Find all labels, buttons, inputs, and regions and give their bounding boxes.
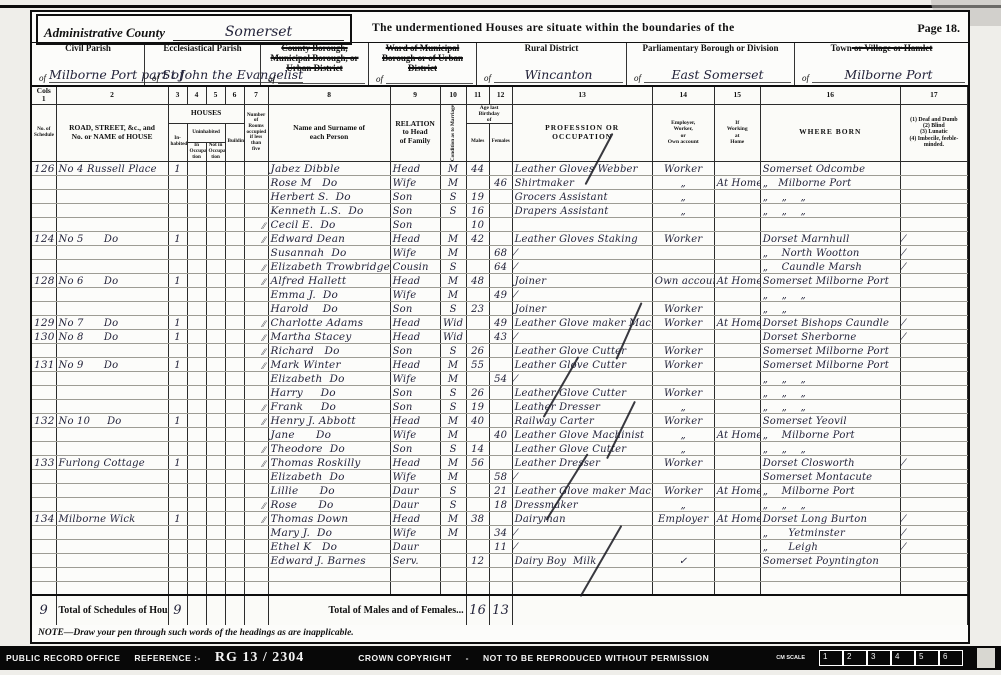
cell-relation: Wife <box>390 287 440 301</box>
cell-uninhabited-not-occupied <box>206 385 225 399</box>
cell-age-female <box>489 399 512 413</box>
cell-uninhabited-occupied <box>187 455 206 469</box>
cell-schedule-no <box>32 245 56 259</box>
cell-inhabited <box>168 175 187 189</box>
cell-uninhabited-not-occupied <box>206 525 225 539</box>
header-inhabited: In- habited <box>168 123 187 161</box>
of-label: of <box>376 74 383 84</box>
cell-inhabited <box>168 385 187 399</box>
cell-where-born: Somerset Poyntington <box>760 553 900 567</box>
cell-name: Rose M Do <box>268 175 390 189</box>
cell-uninhabited-occupied <box>187 525 206 539</box>
cell-inhabited: 1 <box>168 455 187 469</box>
cell-schedule-no <box>32 553 56 567</box>
cell-uninhabited-not-occupied <box>206 581 225 595</box>
district-value: Milborne Port <box>812 67 965 83</box>
cell-house: No 10 Do <box>56 413 168 427</box>
cell-age-female <box>489 455 512 469</box>
ruler-cell: 6 <box>939 650 963 666</box>
ruler-cell: 3 <box>867 650 891 666</box>
cell-rooms: ⁄⁄ <box>244 455 268 469</box>
cell-schedule-no <box>32 301 56 315</box>
cell-age-female: 21 <box>489 483 512 497</box>
cell-relation: Cousin <box>390 259 440 273</box>
of-label: of <box>39 73 46 83</box>
cell-occupation: Leather Gloves Staking <box>512 231 652 245</box>
cell-uninhabited-not-occupied <box>206 259 225 273</box>
cell-house <box>56 567 168 581</box>
cell-uninhabited-occupied <box>187 385 206 399</box>
district-cell: Town or Village or HamletofMilborne Port <box>794 43 968 85</box>
cell-condition: M <box>440 525 466 539</box>
person-row: Jane DoWifeM40Leather Glove Machinist„At… <box>32 427 968 441</box>
cell-condition: M <box>440 161 466 175</box>
cell-name: Richard Do <box>268 343 390 357</box>
cell-schedule-no: 131 <box>32 357 56 371</box>
cell-uninhabited-not-occupied <box>206 553 225 567</box>
cell-age-male <box>466 483 489 497</box>
column-number: 11 <box>466 86 489 104</box>
cell-at-home: At Home <box>714 483 760 497</box>
cell-name: Edward J. Barnes <box>268 553 390 567</box>
cell-uninhabited-not-occupied <box>206 231 225 245</box>
cell-condition: S <box>440 301 466 315</box>
cell-building <box>225 371 244 385</box>
person-row: ⁄⁄Richard DoSonS26Leather Glove CutterWo… <box>32 343 968 357</box>
cell-at-home: At Home <box>714 511 760 525</box>
cell-empty <box>244 595 268 625</box>
cell-uninhabited-occupied <box>187 189 206 203</box>
cell-uninhabited-occupied <box>187 427 206 441</box>
cell-at-home <box>714 539 760 553</box>
cell-house: No 4 Russell Place <box>56 161 168 175</box>
cell-inhabited: 1 <box>168 511 187 525</box>
cell-inhabited: 1 <box>168 413 187 427</box>
cell-uninhabited-occupied <box>187 231 206 245</box>
cell-age-female <box>489 161 512 175</box>
public-record-office-label: PUBLIC RECORD OFFICE <box>6 653 120 663</box>
cell-schedule-no: 124 <box>32 231 56 245</box>
cell-relation: Son <box>390 203 440 217</box>
person-row: ⁄⁄Rose DoDaurS18Dressmaker„„ „ „ <box>32 497 968 511</box>
cell-where-born: Somerset Odcombe <box>760 161 900 175</box>
scale-ruler: 123456 <box>819 650 963 666</box>
person-row: Kenneth L.S. DoSonS16Drapers Assistant„„… <box>32 203 968 217</box>
cell-uninhabited-occupied <box>187 329 206 343</box>
cell-age-male: 26 <box>466 343 489 357</box>
cell-building <box>225 357 244 371</box>
header-occupation: PROFESSION OR OCCUPATION <box>512 104 652 161</box>
cell-condition: M <box>440 175 466 189</box>
cell-age-male: 56 <box>466 455 489 469</box>
cell-uninhabited-not-occupied <box>206 189 225 203</box>
cell-relation: Head <box>390 357 440 371</box>
cell-condition: S <box>440 343 466 357</box>
cell-age-male: 42 <box>466 231 489 245</box>
cell-employer: „ <box>652 189 714 203</box>
cell-employer: Worker <box>652 231 714 245</box>
cell-building <box>225 343 244 357</box>
cell-uninhabited-occupied <box>187 301 206 315</box>
cell-uninhabited-not-occupied <box>206 217 225 231</box>
cell-age-female: 49 <box>489 315 512 329</box>
cell-where-born: „ „ „ <box>760 399 900 413</box>
cell-relation: Head <box>390 511 440 525</box>
cell-name: Ethel K Do <box>268 539 390 553</box>
cell-relation: Son <box>390 343 440 357</box>
cell-name: Elizabeth Trowbridge <box>268 259 390 273</box>
cell-rooms: ⁄⁄ <box>244 315 268 329</box>
cell-age-female <box>489 441 512 455</box>
cell-where-born: Somerset Milborne Port <box>760 343 900 357</box>
cell-infirmity <box>900 427 967 441</box>
cell-relation: Son <box>390 385 440 399</box>
cell-rooms <box>244 581 268 595</box>
cell-condition: M <box>440 273 466 287</box>
cell-age-female <box>489 343 512 357</box>
cell-building <box>225 189 244 203</box>
cell-where-born: „ „ „ <box>760 287 900 301</box>
cell-at-home <box>714 287 760 301</box>
cell-name: Elizabeth Do <box>268 469 390 483</box>
cell-inhabited: 1 <box>168 161 187 175</box>
cell-name: Elizabeth Do <box>268 371 390 385</box>
cell-building <box>225 553 244 567</box>
cell-where-born: „ „ „ <box>760 385 900 399</box>
cell-relation: Wife <box>390 525 440 539</box>
cell-building <box>225 497 244 511</box>
cell-name: Charlotte Adams <box>268 315 390 329</box>
person-row: Ethel K DoDaur11⁄„ Leigh⁄ <box>32 539 968 553</box>
cell-where-born: Somerset Milborne Port <box>760 273 900 287</box>
cell-condition: S <box>440 203 466 217</box>
cell-inhabited <box>168 301 187 315</box>
cell-where-born: „ Yetminster <box>760 525 900 539</box>
cell-rooms <box>244 189 268 203</box>
cell-house: Milborne Wick <box>56 511 168 525</box>
cell-uninhabited-not-occupied <box>206 329 225 343</box>
cell-age-female <box>489 553 512 567</box>
cell-infirmity <box>900 203 967 217</box>
of-label: of <box>268 74 275 84</box>
cell-age-male <box>466 539 489 553</box>
cell-age-female <box>489 203 512 217</box>
cell-building <box>225 567 244 581</box>
header-schedule: No. of Schedule <box>32 104 56 161</box>
cell-employer <box>652 567 714 581</box>
cell-occupation: Shirtmaker <box>512 175 652 189</box>
column-number: 2 <box>56 86 168 104</box>
cell-empty <box>225 595 244 625</box>
cell-inhabited <box>168 441 187 455</box>
cell-house <box>56 301 168 315</box>
cell-rooms <box>244 161 268 175</box>
cell-age-male: 55 <box>466 357 489 371</box>
cell-age-male <box>466 329 489 343</box>
district-value-line: of <box>264 74 365 84</box>
cell-age-male: 38 <box>466 511 489 525</box>
cell-age-female: 18 <box>489 497 512 511</box>
cell-employer: „ <box>652 203 714 217</box>
cell-uninhabited-not-occupied <box>206 357 225 371</box>
cell-relation: Son <box>390 441 440 455</box>
cell-building <box>225 581 244 595</box>
column-number: 10 <box>440 86 466 104</box>
cell-infirmity <box>900 189 967 203</box>
no-reproduction-notice: NOT TO BE REPRODUCED WITHOUT PERMISSION <box>483 653 709 663</box>
cell-infirmity: ⁄ <box>900 259 967 273</box>
cell-condition: M <box>440 469 466 483</box>
cell-at-home <box>714 441 760 455</box>
column-number: 3 <box>168 86 187 104</box>
cell-employer <box>652 581 714 595</box>
cell-age-female: 40 <box>489 427 512 441</box>
cell-uninhabited-occupied <box>187 357 206 371</box>
cell-at-home <box>714 203 760 217</box>
cell-condition: S <box>440 399 466 413</box>
cell-uninhabited-not-occupied <box>206 315 225 329</box>
cell-name: Henry J. Abbott <box>268 413 390 427</box>
cell-rooms <box>244 371 268 385</box>
cell-name: Harry Do <box>268 385 390 399</box>
cell-condition <box>440 581 466 595</box>
cell-age-male: 48 <box>466 273 489 287</box>
cell-house <box>56 553 168 567</box>
person-row: ⁄⁄Elizabeth TrowbridgeCousinS64⁄„ Caundl… <box>32 259 968 273</box>
cell-employer: Worker <box>652 315 714 329</box>
cell-house <box>56 189 168 203</box>
cell-condition <box>440 567 466 581</box>
cell-at-home <box>714 385 760 399</box>
cell-inhabited: 1 <box>168 273 187 287</box>
cell-relation: Daur <box>390 497 440 511</box>
cell-rooms: ⁄⁄ <box>244 343 268 357</box>
cell-schedule-no <box>32 217 56 231</box>
cell-name: Jane Do <box>268 427 390 441</box>
total-schedules-label: Total of Schedules of Houses and of Tene… <box>56 595 168 625</box>
scan-corner <box>977 648 995 668</box>
cell-at-home: At Home <box>714 315 760 329</box>
of-label: of <box>152 73 159 83</box>
cell-relation: Wife <box>390 427 440 441</box>
cell-employer <box>652 539 714 553</box>
cell-employer: Worker <box>652 455 714 469</box>
cell-occupation: Leather Gloves Webber <box>512 161 652 175</box>
cell-employer: „ <box>652 497 714 511</box>
cell-condition: M <box>440 371 466 385</box>
cell-where-born <box>760 567 900 581</box>
cell-uninhabited-occupied <box>187 371 206 385</box>
cell-house: No 7 Do <box>56 315 168 329</box>
cell-at-home <box>714 413 760 427</box>
cell-uninhabited-not-occupied <box>206 343 225 357</box>
cell-schedule-no <box>32 441 56 455</box>
cell-at-home <box>714 231 760 245</box>
cell-condition: S <box>440 497 466 511</box>
cell-age-female <box>489 189 512 203</box>
cell-relation: Son <box>390 217 440 231</box>
cell-age-female <box>489 231 512 245</box>
cell-where-born: Somerset Yeovil <box>760 413 900 427</box>
cell-uninhabited-occupied <box>187 511 206 525</box>
cell-inhabited <box>168 427 187 441</box>
cell-infirmity: ⁄ <box>900 455 967 469</box>
cell-name: Thomas Roskilly <box>268 455 390 469</box>
cell-name: Harold Do <box>268 301 390 315</box>
crown-copyright-label: CROWN COPYRIGHT <box>358 653 451 663</box>
cell-employer <box>652 469 714 483</box>
cell-infirmity: ⁄ <box>900 315 967 329</box>
cell-uninhabited-not-occupied <box>206 301 225 315</box>
cell-inhabited <box>168 217 187 231</box>
district-value-line: of <box>372 74 473 84</box>
district-label: County Borough, Municipal Borough, or Ur… <box>264 44 365 74</box>
ruler-cell: 4 <box>891 650 915 666</box>
column-number: 13 <box>512 86 652 104</box>
district-cell: Ecclesiastical ParishofSt John the Evang… <box>144 43 260 85</box>
cell-relation <box>390 567 440 581</box>
cell-at-home <box>714 245 760 259</box>
cell-condition: M <box>440 231 466 245</box>
cell-where-born: Somerset Milborne Port <box>760 357 900 371</box>
cell-occupation: Joiner <box>512 273 652 287</box>
of-label: of <box>802 73 809 83</box>
cell-infirmity <box>900 301 967 315</box>
cell-age-male: 14 <box>466 441 489 455</box>
header-infirmity: (1) Deaf and Dumb (2) Blind (3) Lunatic … <box>900 104 967 161</box>
person-row: Harold DoSonS23JoinerWorker„ „ <box>32 301 968 315</box>
cell-uninhabited-not-occupied <box>206 469 225 483</box>
cell-uninhabited-not-occupied <box>206 511 225 525</box>
cell-age-female <box>489 301 512 315</box>
cell-schedule-no: 129 <box>32 315 56 329</box>
header-building: Building <box>225 123 244 161</box>
cell-at-home <box>714 581 760 595</box>
cell-occupation: ⁄ <box>512 525 652 539</box>
cell-house <box>56 371 168 385</box>
cell-relation: Wife <box>390 175 440 189</box>
cell-rooms <box>244 245 268 259</box>
cell-at-home: At Home <box>714 175 760 189</box>
district-cell: Civil ParishofMilborne Port part of <box>32 43 144 85</box>
cell-rooms: ⁄⁄ <box>244 511 268 525</box>
person-row: Herbert S. DoSonS19Grocers Assistant„„ „… <box>32 189 968 203</box>
header-age: Age last Birthday of <box>466 104 512 123</box>
cell-condition: M <box>440 245 466 259</box>
cell-house <box>56 497 168 511</box>
district-value-line: ofWincanton <box>480 67 623 83</box>
cell-employer: Own account <box>652 273 714 287</box>
person-row: Mary J. DoWifeM34⁄„ Yetminster⁄ <box>32 525 968 539</box>
cell-schedule-no <box>32 567 56 581</box>
reference-number: RG 13 / 2304 <box>215 650 304 666</box>
person-row: 130No 8 Do1⁄⁄Martha StaceyHeadWid43⁄Dors… <box>32 329 968 343</box>
person-row: Edward J. BarnesServ.12Dairy Boy Milk✓So… <box>32 553 968 567</box>
person-row: Rose M DoWifeM46Shirtmaker„At Home„ Milb… <box>32 175 968 189</box>
cell-condition: M <box>440 427 466 441</box>
cell-house <box>56 287 168 301</box>
cell-rooms: ⁄⁄ <box>244 399 268 413</box>
cell-at-home <box>714 329 760 343</box>
cell-relation: Head <box>390 231 440 245</box>
header-name: Name and Surname of each Person <box>268 104 390 161</box>
cell-infirmity <box>900 483 967 497</box>
cell-rooms <box>244 567 268 581</box>
cell-age-female <box>489 357 512 371</box>
cell-rooms: ⁄⁄ <box>244 441 268 455</box>
cell-inhabited <box>168 553 187 567</box>
cell-age-male: 10 <box>466 217 489 231</box>
person-row: 124No 5 Do1⁄⁄Edward DeanHeadM42Leather G… <box>32 231 968 245</box>
cell-occupation: Drapers Assistant <box>512 203 652 217</box>
cell-empty <box>512 595 967 625</box>
cell-building <box>225 231 244 245</box>
cell-inhabited: 1 <box>168 329 187 343</box>
column-number: 16 <box>760 86 900 104</box>
census-table: Cols 1234567891011121314151617 No. of Sc… <box>32 85 968 625</box>
cell-name <box>268 567 390 581</box>
person-row: Elizabeth DoWifeM54⁄„ „ „ <box>32 371 968 385</box>
cell-relation: Head <box>390 413 440 427</box>
cell-condition: Wid <box>440 329 466 343</box>
cell-uninhabited-not-occupied <box>206 273 225 287</box>
cell-occupation: ⁄ <box>512 371 652 385</box>
cell-where-born: Dorset Marnhull <box>760 231 900 245</box>
cell-infirmity <box>900 567 967 581</box>
cell-age-male <box>466 259 489 273</box>
cell-employer: „ <box>652 441 714 455</box>
cell-infirmity <box>900 357 967 371</box>
cell-house <box>56 525 168 539</box>
cell-age-female <box>489 567 512 581</box>
cell-condition: M <box>440 511 466 525</box>
cell-age-female: 46 <box>489 175 512 189</box>
cell-relation: Head <box>390 273 440 287</box>
cell-infirmity: ⁄ <box>900 245 967 259</box>
cell-relation: Daur <box>390 539 440 553</box>
cell-building <box>225 203 244 217</box>
cell-uninhabited-not-occupied <box>206 455 225 469</box>
cell-schedule-no: 133 <box>32 455 56 469</box>
headings-note: NOTE—Draw your pen through such words of… <box>32 625 968 642</box>
cell-inhabited <box>168 399 187 413</box>
cell-rooms: ⁄⁄ <box>244 497 268 511</box>
cell-uninhabited-not-occupied <box>206 245 225 259</box>
cell-inhabited: 1 <box>168 357 187 371</box>
cell-rooms <box>244 287 268 301</box>
header-in-occupation: In Occupa- tion <box>187 143 206 161</box>
cell-employer: Worker <box>652 301 714 315</box>
cell-house <box>56 539 168 553</box>
cell-age-male: 12 <box>466 553 489 567</box>
cell-condition: M <box>440 455 466 469</box>
person-row: 128No 6 Do1⁄⁄Alfred HallettHeadM48Joiner… <box>32 273 968 287</box>
cell-schedule-no <box>32 483 56 497</box>
cm-scale-label: CM SCALE <box>776 655 805 661</box>
header-road: ROAD, STREET, &c., and No. or NAME of HO… <box>56 104 168 161</box>
cell-schedule-no: 126 <box>32 161 56 175</box>
cell-uninhabited-occupied <box>187 399 206 413</box>
cell-age-male: 44 <box>466 161 489 175</box>
cell-employer: Employer <box>652 511 714 525</box>
cell-age-female <box>489 413 512 427</box>
cell-where-born: „ Caundle Marsh <box>760 259 900 273</box>
cell-where-born: Dorset Closworth <box>760 455 900 469</box>
cell-building <box>225 217 244 231</box>
column-number: 12 <box>489 86 512 104</box>
cell-infirmity <box>900 175 967 189</box>
cell-at-home: At Home <box>714 427 760 441</box>
